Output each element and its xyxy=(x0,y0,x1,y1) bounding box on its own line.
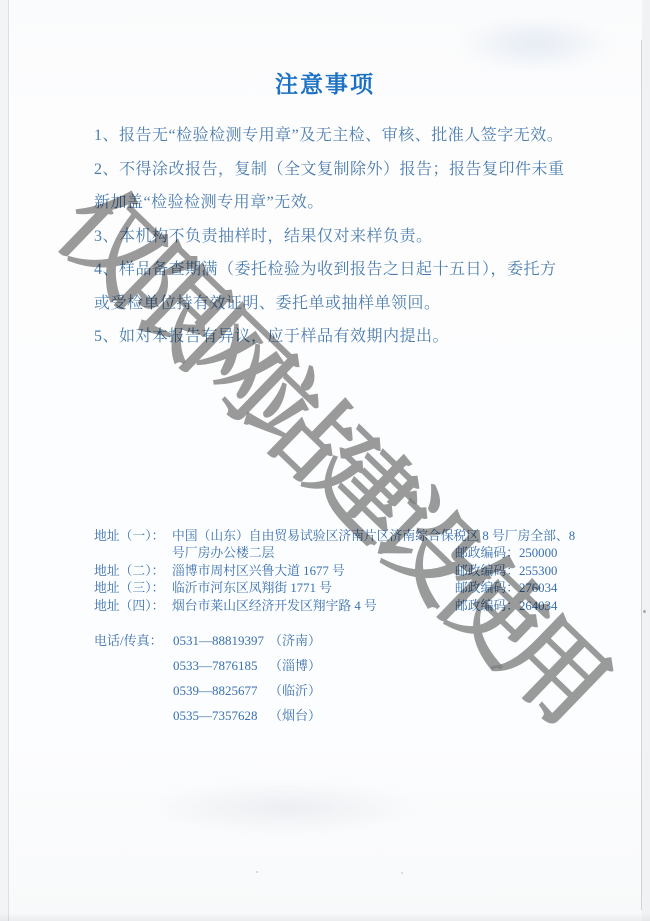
notice-list: 1、报告无“检验检测专用章”及无主检、审核、批准人签字无效。 2、不得涂改报告，… xyxy=(94,119,566,354)
phone-number: 0539—8825677 xyxy=(173,678,269,703)
notice-item-2: 2、不得涂改报告，复制（全文复制除外）报告；报告复印件未重 新加盖“检验检测专用… xyxy=(94,153,566,220)
notice-item-1: 1、报告无“检验检测专用章”及无主检、审核、批准人签字无效。 xyxy=(94,119,566,153)
phone-city: （淄博） xyxy=(269,658,321,673)
postal-code-value: 250000 xyxy=(519,546,557,560)
address-1-label: 地址（一）： xyxy=(94,528,172,545)
page-content: 注意事项 1、报告无“检验检测专用章”及无主检、审核、批准人签字无效。 2、不得… xyxy=(0,0,650,921)
address-row-1-line-2: 号厂房办公楼二层 邮政编码：250000 xyxy=(94,545,624,562)
postal-code-4: 邮政编码：264034 xyxy=(455,598,557,615)
address-2-text: 淄博市周村区兴鲁大道 1677 号 xyxy=(172,564,345,578)
postal-code-value: 255300 xyxy=(519,564,557,578)
phone-row-linyi: 0539—8825677（临沂） xyxy=(94,678,321,703)
postal-label: 邮政编码： xyxy=(455,546,519,560)
address-1-text-continued: 号厂房办公楼二层 xyxy=(172,546,274,560)
phone-fax-label: 电话/传真： xyxy=(94,628,173,653)
phone-city: （济南） xyxy=(269,633,321,648)
phone-city: （临沂） xyxy=(269,683,321,698)
phone-fax-block: 电话/传真：0531—88819397（济南） 0533—7876185（淄博）… xyxy=(94,628,321,728)
postal-code-3: 邮政编码：276034 xyxy=(455,580,557,597)
phone-number: 0533—7876185 xyxy=(173,653,269,678)
notice-item-3: 3、本机构不负责抽样时，结果仅对来样负责。 xyxy=(94,220,566,254)
phone-row-jinan: 电话/传真：0531—88819397（济南） xyxy=(94,628,321,653)
address-block: 地址（一）：中国（山东）自由贸易试验区济南片区济南综合保税区 8 号厂房全部、8… xyxy=(94,528,624,615)
postal-code-2: 邮政编码：255300 xyxy=(455,563,557,580)
address-row-2: 地址（二）：淄博市周村区兴鲁大道 1677 号 邮政编码：255300 xyxy=(94,563,624,580)
notice-item-5: 5、如对本报告有异议，应于样品有效期内提出。 xyxy=(94,320,566,354)
phone-number: 0535—7357628 xyxy=(173,703,269,728)
page-title: 注意事项 xyxy=(0,66,650,99)
address-4-text: 烟台市莱山区经济开发区翔宇路 4 号 xyxy=(172,599,377,613)
notice-item-4: 4、样品备查期满（委托检验为收到报告之日起十五日），委托方 或受检单位持有效证明… xyxy=(94,253,566,320)
address-row-3: 地址（三）：临沂市河东区凤翔街 1771 号 邮政编码：276034 xyxy=(94,580,624,597)
scanned-report-notice-page: 仅限网站建设使用 注意事项 1、报告无“检验检测专用章”及无主检、审核、批准人签… xyxy=(0,0,650,921)
postal-code-1: 邮政编码：250000 xyxy=(455,545,557,562)
phone-number: 0531—88819397 xyxy=(173,628,269,653)
phone-row-zibo: 0533—7876185（淄博） xyxy=(94,653,321,678)
address-2-label: 地址（二）： xyxy=(94,563,172,580)
postal-code-value: 276034 xyxy=(519,581,557,595)
phone-row-yantai: 0535—7357628（烟台） xyxy=(94,703,321,728)
address-3-text: 临沂市河东区凤翔街 1771 号 xyxy=(172,581,332,595)
address-3-label: 地址（三）： xyxy=(94,580,172,597)
phone-city: （烟台） xyxy=(269,708,321,723)
address-4-label: 地址（四）： xyxy=(94,598,172,615)
postal-code-value: 264034 xyxy=(519,599,557,613)
postal-label: 邮政编码： xyxy=(455,599,519,613)
postal-label: 邮政编码： xyxy=(455,564,519,578)
address-row-1-line-1: 地址（一）：中国（山东）自由贸易试验区济南片区济南综合保税区 8 号厂房全部、8 xyxy=(94,528,624,545)
postal-label: 邮政编码： xyxy=(455,581,519,595)
address-1-text: 中国（山东）自由贸易试验区济南片区济南综合保税区 8 号厂房全部、8 xyxy=(172,529,575,543)
address-row-4: 地址（四）：烟台市莱山区经济开发区翔宇路 4 号 邮政编码：264034 xyxy=(94,598,624,615)
